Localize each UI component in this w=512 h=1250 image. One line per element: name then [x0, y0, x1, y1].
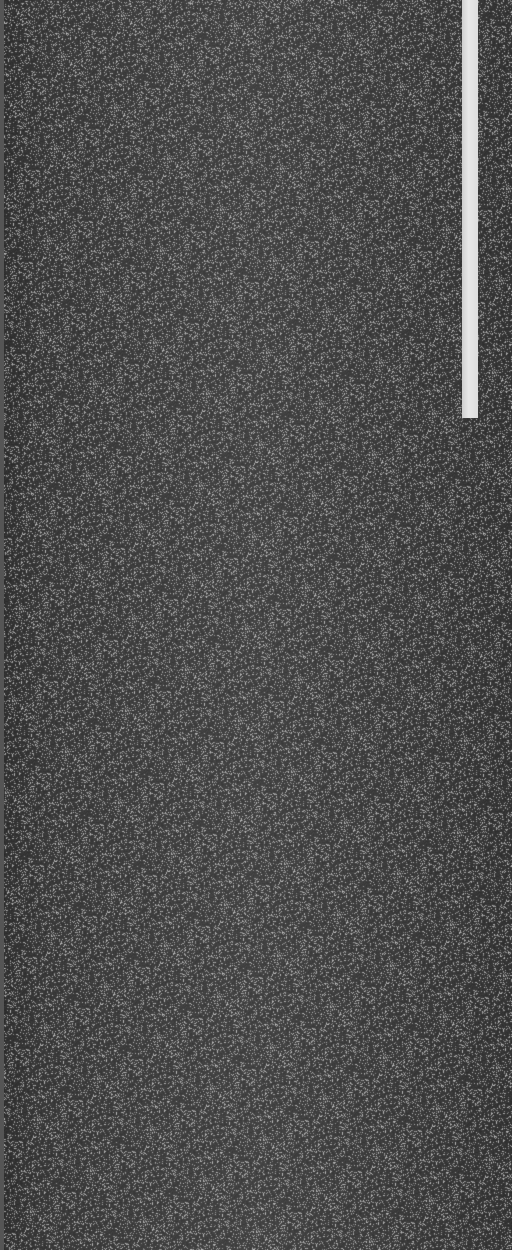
asphalt-grain — [0, 0, 512, 1250]
asphalt-surface — [0, 0, 512, 1250]
white-lane-marking — [462, 0, 478, 418]
road-left-edge — [0, 0, 4, 1250]
